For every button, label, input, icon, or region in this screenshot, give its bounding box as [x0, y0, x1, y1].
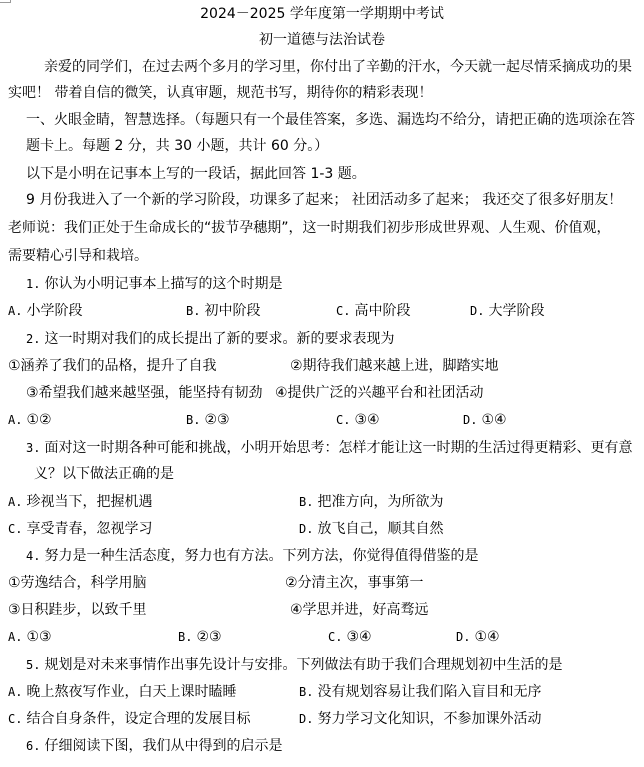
- option-label: C.: [336, 304, 350, 318]
- option-text: 大学阶段: [488, 303, 544, 319]
- question-number: 4.: [26, 549, 40, 563]
- q1-option-d[interactable]: D.大学阶段: [470, 301, 544, 321]
- q1-option-a[interactable]: A.小学阶段: [8, 301, 82, 321]
- intro-line-2: 实吧！ 带着自信的微笑，认真审题，规范书写，期待你的精彩表现！: [8, 83, 432, 103]
- q3-option-a[interactable]: A.珍视当下，把握机遇: [8, 492, 152, 512]
- context-line-1: 9 月份我进入了一个新的学习阶段，功课多了起来； 社团活动多了起来； 我还交了很…: [26, 190, 622, 210]
- option-label: C.: [8, 522, 22, 536]
- option-text: ①②: [26, 412, 51, 428]
- context-line-2: 老师说：我们正处于生命成长的“拔节孕穗期”，这一时期我们初步形成世界观、人生观、…: [8, 218, 611, 238]
- option-label: B.: [299, 685, 313, 699]
- option-label: D.: [456, 630, 470, 644]
- option-label: B.: [299, 495, 313, 509]
- exam-subtitle: 初一道德与法治试卷: [0, 30, 644, 50]
- question-stem: 你认为小明记事本上描写的这个时期是: [44, 276, 282, 292]
- option-text: ③④: [346, 629, 371, 645]
- question-3-stem-line-2: 义？以下做法正确的是: [34, 464, 174, 484]
- q1-option-b[interactable]: B.初中阶段: [186, 301, 260, 321]
- option-text: ①③: [26, 629, 51, 645]
- page-corner-mark: [0, 0, 11, 3]
- option-label: D.: [470, 304, 484, 318]
- option-label: A.: [8, 413, 22, 427]
- q2-option-c[interactable]: C.③④: [336, 410, 380, 430]
- option-text: ②③: [204, 412, 229, 428]
- option-label: D.: [299, 712, 313, 726]
- option-text: ②③: [196, 629, 221, 645]
- option-label: C.: [328, 630, 342, 644]
- q5-option-d[interactable]: D.努力学习文化知识，不参加课外活动: [299, 709, 541, 729]
- option-label: C.: [336, 413, 350, 427]
- option-label: B.: [178, 630, 192, 644]
- intro-line-1: 亲爱的同学们，在过去两个多月的学习里，你付出了辛勤的汗水，今天就一起尽情采摘成功…: [44, 57, 632, 77]
- question-5: 5.规划是对未来事情作出事先设计与安排。下列做法有助于我们合理规划初中生活的是: [26, 655, 562, 675]
- option-text: 珍视当下，把握机遇: [26, 494, 152, 510]
- q4-item-1: ①劳逸结合，科学用脑: [8, 573, 147, 593]
- question-number: 3.: [26, 441, 40, 455]
- q4-option-c[interactable]: C.③④: [328, 627, 372, 647]
- q3-option-c[interactable]: C.享受青春，忽视学习: [8, 519, 152, 539]
- q5-option-b[interactable]: B.没有规划容易让我们陷入盲目和无序: [299, 682, 541, 702]
- option-text: 小学阶段: [26, 303, 82, 319]
- option-text: 努力学习文化知识，不参加课外活动: [317, 711, 541, 727]
- q4-option-a[interactable]: A.①③: [8, 627, 52, 647]
- q2-option-d[interactable]: D.①④: [463, 410, 507, 430]
- q1-option-c[interactable]: C.高中阶段: [336, 301, 410, 321]
- q2-item-3: ③希望我们越来越坚强，能坚持有韧劲: [26, 383, 263, 403]
- section-heading-line-1: 一、火眼金睛，智慧选择。（每题只有一个最佳答案，多选、漏选均不给分，请把正确的选…: [26, 110, 635, 130]
- option-label: D.: [299, 522, 313, 536]
- option-label: D.: [463, 413, 477, 427]
- q4-item-3: ③日积跬步，以致千里: [8, 600, 147, 620]
- context-line-3: 需要精心引导和栽培。: [8, 246, 148, 266]
- option-label: B.: [186, 304, 200, 318]
- option-text: 高中阶段: [354, 303, 410, 319]
- question-number: 6.: [26, 739, 40, 753]
- question-3: 3.面对这一时期各种可能和挑战，小明开始思考：怎样才能让这一时期的生活过得更精彩…: [26, 438, 632, 458]
- context-intro: 以下是小明在记事本上写的一段话，据此回答 1-3 题。: [26, 164, 366, 184]
- q4-item-4: ④学思并进，好高骛远: [290, 600, 429, 620]
- q2-option-b[interactable]: B.②③: [186, 410, 230, 430]
- question-number: 1.: [26, 277, 40, 291]
- option-text: ①④: [474, 629, 499, 645]
- question-number: 5.: [26, 658, 40, 672]
- option-label: B.: [186, 413, 200, 427]
- section-heading-line-2: 题卡上。每题 2 分，共 30 小题，共计 60 分。）: [26, 136, 328, 156]
- option-text: 初中阶段: [204, 303, 260, 319]
- q4-item-2: ②分清主次，事事第一: [285, 573, 424, 593]
- question-number: 2.: [26, 332, 40, 346]
- q2-item-4: ④提供广泛的兴趣平台和社团活动: [275, 383, 484, 403]
- option-label: A.: [8, 495, 22, 509]
- option-text: 把准方向，为所欲为: [317, 494, 443, 510]
- question-1: 1.你认为小明记事本上描写的这个时期是: [26, 274, 282, 294]
- question-stem-line-1: 面对这一时期各种可能和挑战，小明开始思考：怎样才能让这一时期的生活过得更精彩、更…: [44, 440, 632, 456]
- option-label: A.: [8, 685, 22, 699]
- q2-item-2: ②期待我们越来越上进，脚踏实地: [290, 356, 499, 376]
- q2-item-1: ①涵养了我们的品格，提升了自我: [8, 356, 217, 376]
- option-label: A.: [8, 304, 22, 318]
- option-text: ①④: [481, 412, 506, 428]
- question-6: 6.仔细阅读下图，我们从中得到的启示是: [26, 736, 282, 756]
- question-stem: 规划是对未来事情作出事先设计与安排。下列做法有助于我们合理规划初中生活的是: [44, 657, 562, 673]
- question-stem: 仔细阅读下图，我们从中得到的启示是: [44, 738, 282, 754]
- option-text: 结合自身条件，设定合理的发展目标: [26, 711, 250, 727]
- q3-option-b[interactable]: B.把准方向，为所欲为: [299, 492, 443, 512]
- q2-option-a[interactable]: A.①②: [8, 410, 52, 430]
- q5-option-a[interactable]: A.晚上熬夜写作业，白天上课时瞌睡: [8, 682, 236, 702]
- option-text: ③④: [354, 412, 379, 428]
- q4-option-d[interactable]: D.①④: [456, 627, 500, 647]
- option-label: A.: [8, 630, 22, 644]
- q5-option-c[interactable]: C.结合自身条件，设定合理的发展目标: [8, 709, 250, 729]
- question-2: 2.这一时期对我们的成长提出了新的要求。新的要求表现为: [26, 329, 394, 349]
- q4-option-b[interactable]: B.②③: [178, 627, 222, 647]
- question-stem: 努力是一种生活态度，努力也有方法。下列方法，你觉得值得借鉴的是: [44, 548, 478, 564]
- option-text: 晚上熬夜写作业，白天上课时瞌睡: [26, 684, 236, 700]
- option-text: 没有规划容易让我们陷入盲目和无序: [317, 684, 541, 700]
- q3-option-d[interactable]: D.放飞自己，顺其自然: [299, 519, 443, 539]
- exam-title: 2024－2025 学年度第一学期期中考试: [0, 4, 644, 24]
- option-label: C.: [8, 712, 22, 726]
- option-text: 享受青春，忽视学习: [26, 521, 152, 537]
- option-text: 放飞自己，顺其自然: [317, 521, 443, 537]
- question-stem: 这一时期对我们的成长提出了新的要求。新的要求表现为: [44, 331, 394, 347]
- question-4: 4.努力是一种生活态度，努力也有方法。下列方法，你觉得值得借鉴的是: [26, 546, 478, 566]
